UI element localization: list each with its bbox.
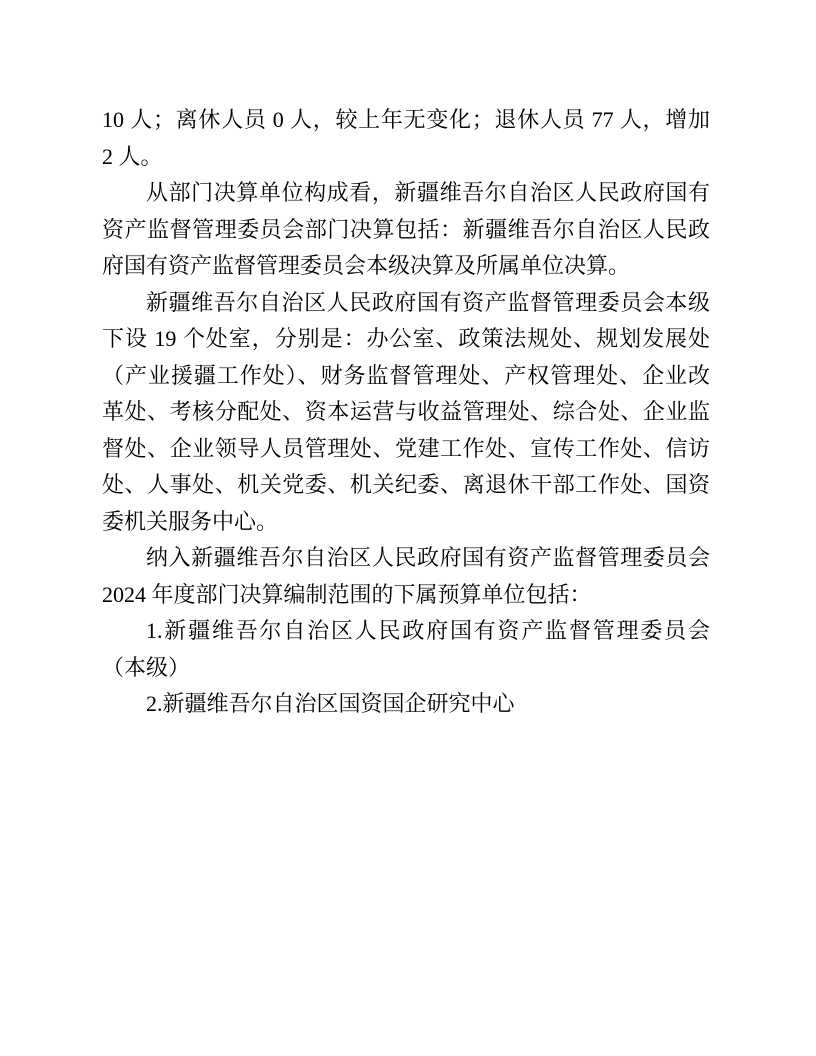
text-line: （本级）	[102, 650, 710, 687]
text-line: 新疆维吾尔自治区人民政府国有资产监督管理委员会本级	[102, 285, 710, 322]
text-line: 2 人。	[102, 139, 710, 176]
text-line: 府国有资产监督管理委员会本级决算及所属单位决算。	[102, 248, 710, 285]
text-line: 10 人；离休人员 0 人，较上年无变化；退休人员 77 人，增加	[102, 102, 710, 139]
text-line: 2.新疆维吾尔自治区国资国企研究中心	[102, 686, 710, 723]
text-line: 委机关服务中心。	[102, 504, 710, 541]
text-line: 督处、企业领导人员管理处、党建工作处、宣传工作处、信访	[102, 431, 710, 468]
document-page: 10 人；离休人员 0 人，较上年无变化；退休人员 77 人，增加 2 人。 从…	[0, 0, 816, 1056]
text-line: 2024 年度部门决算编制范围的下属预算单位包括：	[102, 577, 710, 614]
text-line: 处、人事处、机关党委、机关纪委、离退休干部工作处、国资	[102, 467, 710, 504]
document-body: 10 人；离休人员 0 人，较上年无变化；退休人员 77 人，增加 2 人。 从…	[102, 102, 710, 723]
text-line: 资产监督管理委员会部门决算包括：新疆维吾尔自治区人民政	[102, 212, 710, 249]
text-line: 革处、考核分配处、资本运营与收益管理处、综合处、企业监	[102, 394, 710, 431]
text-line: （产业援疆工作处）、财务监督管理处、产权管理处、企业改	[102, 358, 710, 395]
text-line: 纳入新疆维吾尔自治区人民政府国有资产监督管理委员会	[102, 540, 710, 577]
text-line: 下设 19 个处室，分别是：办公室、政策法规处、规划发展处	[102, 321, 710, 358]
text-line: 1.新疆维吾尔自治区人民政府国有资产监督管理委员会	[102, 613, 710, 650]
text-line: 从部门决算单位构成看，新疆维吾尔自治区人民政府国有	[102, 175, 710, 212]
